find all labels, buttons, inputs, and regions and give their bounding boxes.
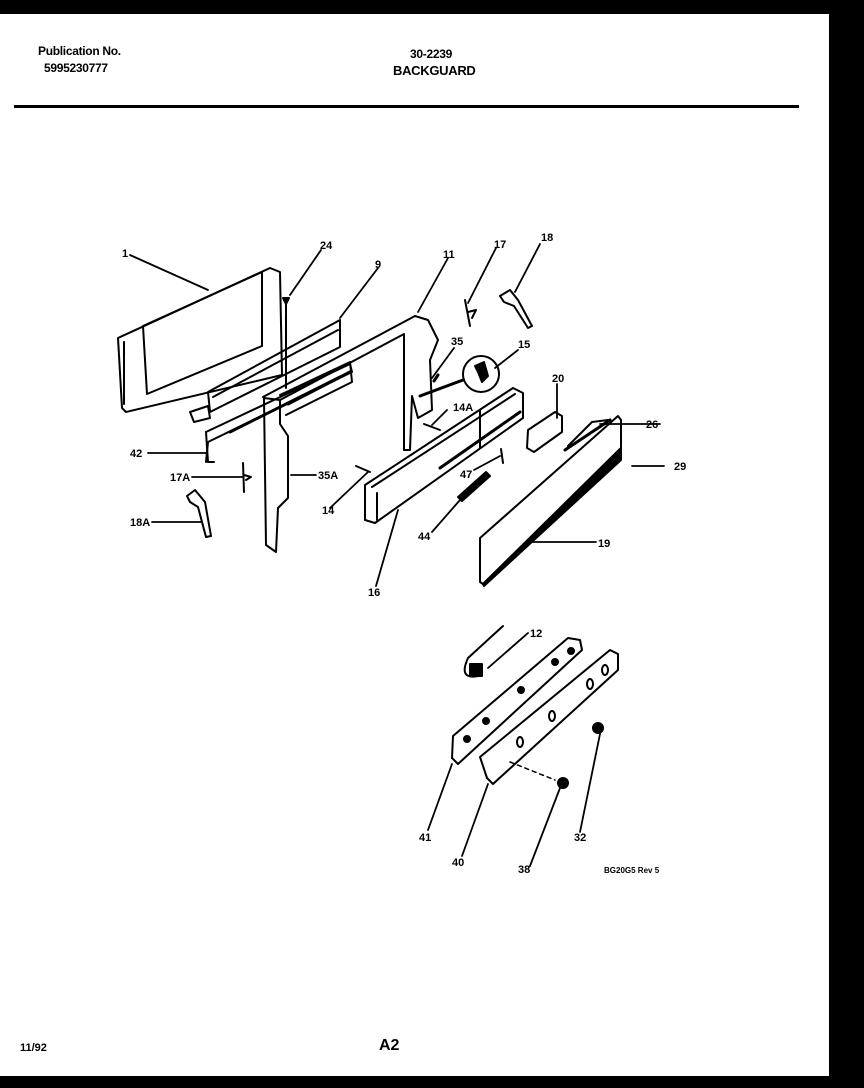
part-47-insert (501, 449, 503, 463)
callout-29: 29 (674, 461, 686, 473)
callout-labels: 1 24 9 11 17 18 35 15 14A 20 26 29 42 17… (122, 232, 686, 876)
callout-47: 47 (460, 469, 472, 481)
callout-14: 14 (322, 505, 335, 517)
callout-38: 38 (518, 864, 530, 876)
callout-35a: 35A (318, 470, 338, 482)
callout-32: 32 (574, 832, 586, 844)
parts-sheet: Publication No. 5995230777 30-2239 BACKG… (0, 14, 829, 1076)
drawing-code: BG20G5 Rev 5 (604, 866, 660, 875)
callout-42: 42 (130, 448, 142, 460)
callout-1: 1 (122, 248, 128, 260)
callout-17: 17 (494, 239, 506, 251)
part-17-clip (465, 300, 476, 326)
part-32-nut (593, 723, 603, 733)
callout-20: 20 (552, 373, 564, 385)
callout-17a: 17A (170, 472, 190, 484)
part-40-bracket (480, 650, 618, 784)
callout-24: 24 (320, 240, 333, 252)
exploded-parts-diagram: 1 24 9 11 17 18 35 15 14A 20 26 29 42 17… (0, 14, 829, 1076)
callout-15: 15 (518, 339, 530, 351)
callout-18a: 18A (130, 517, 150, 529)
callout-35: 35 (451, 336, 463, 348)
callout-9: 9 (375, 259, 381, 271)
callout-12: 12 (530, 628, 542, 640)
footer-page: A2 (379, 1037, 399, 1055)
part-14-clip (356, 466, 370, 472)
callout-16: 16 (368, 587, 380, 599)
callout-18: 18 (541, 232, 553, 244)
callout-19: 19 (598, 538, 610, 550)
part-18-bracket (500, 290, 532, 328)
part-11-frame (263, 316, 438, 552)
part-18a-bracket (187, 490, 211, 537)
callout-26: 26 (646, 419, 658, 431)
callout-41: 41 (419, 832, 431, 844)
part-19-control-panel (480, 416, 621, 586)
footer-date: 11/92 (20, 1042, 47, 1054)
part-17a-clip (243, 463, 251, 492)
part-1-panel (118, 268, 282, 412)
callout-40: 40 (452, 857, 464, 869)
part-15-detail (420, 356, 499, 396)
callout-11: 11 (443, 249, 455, 261)
part-12-wire (465, 626, 503, 677)
callout-14a: 14A (453, 402, 473, 414)
callout-44: 44 (418, 531, 431, 543)
part-38-nut (510, 762, 568, 788)
